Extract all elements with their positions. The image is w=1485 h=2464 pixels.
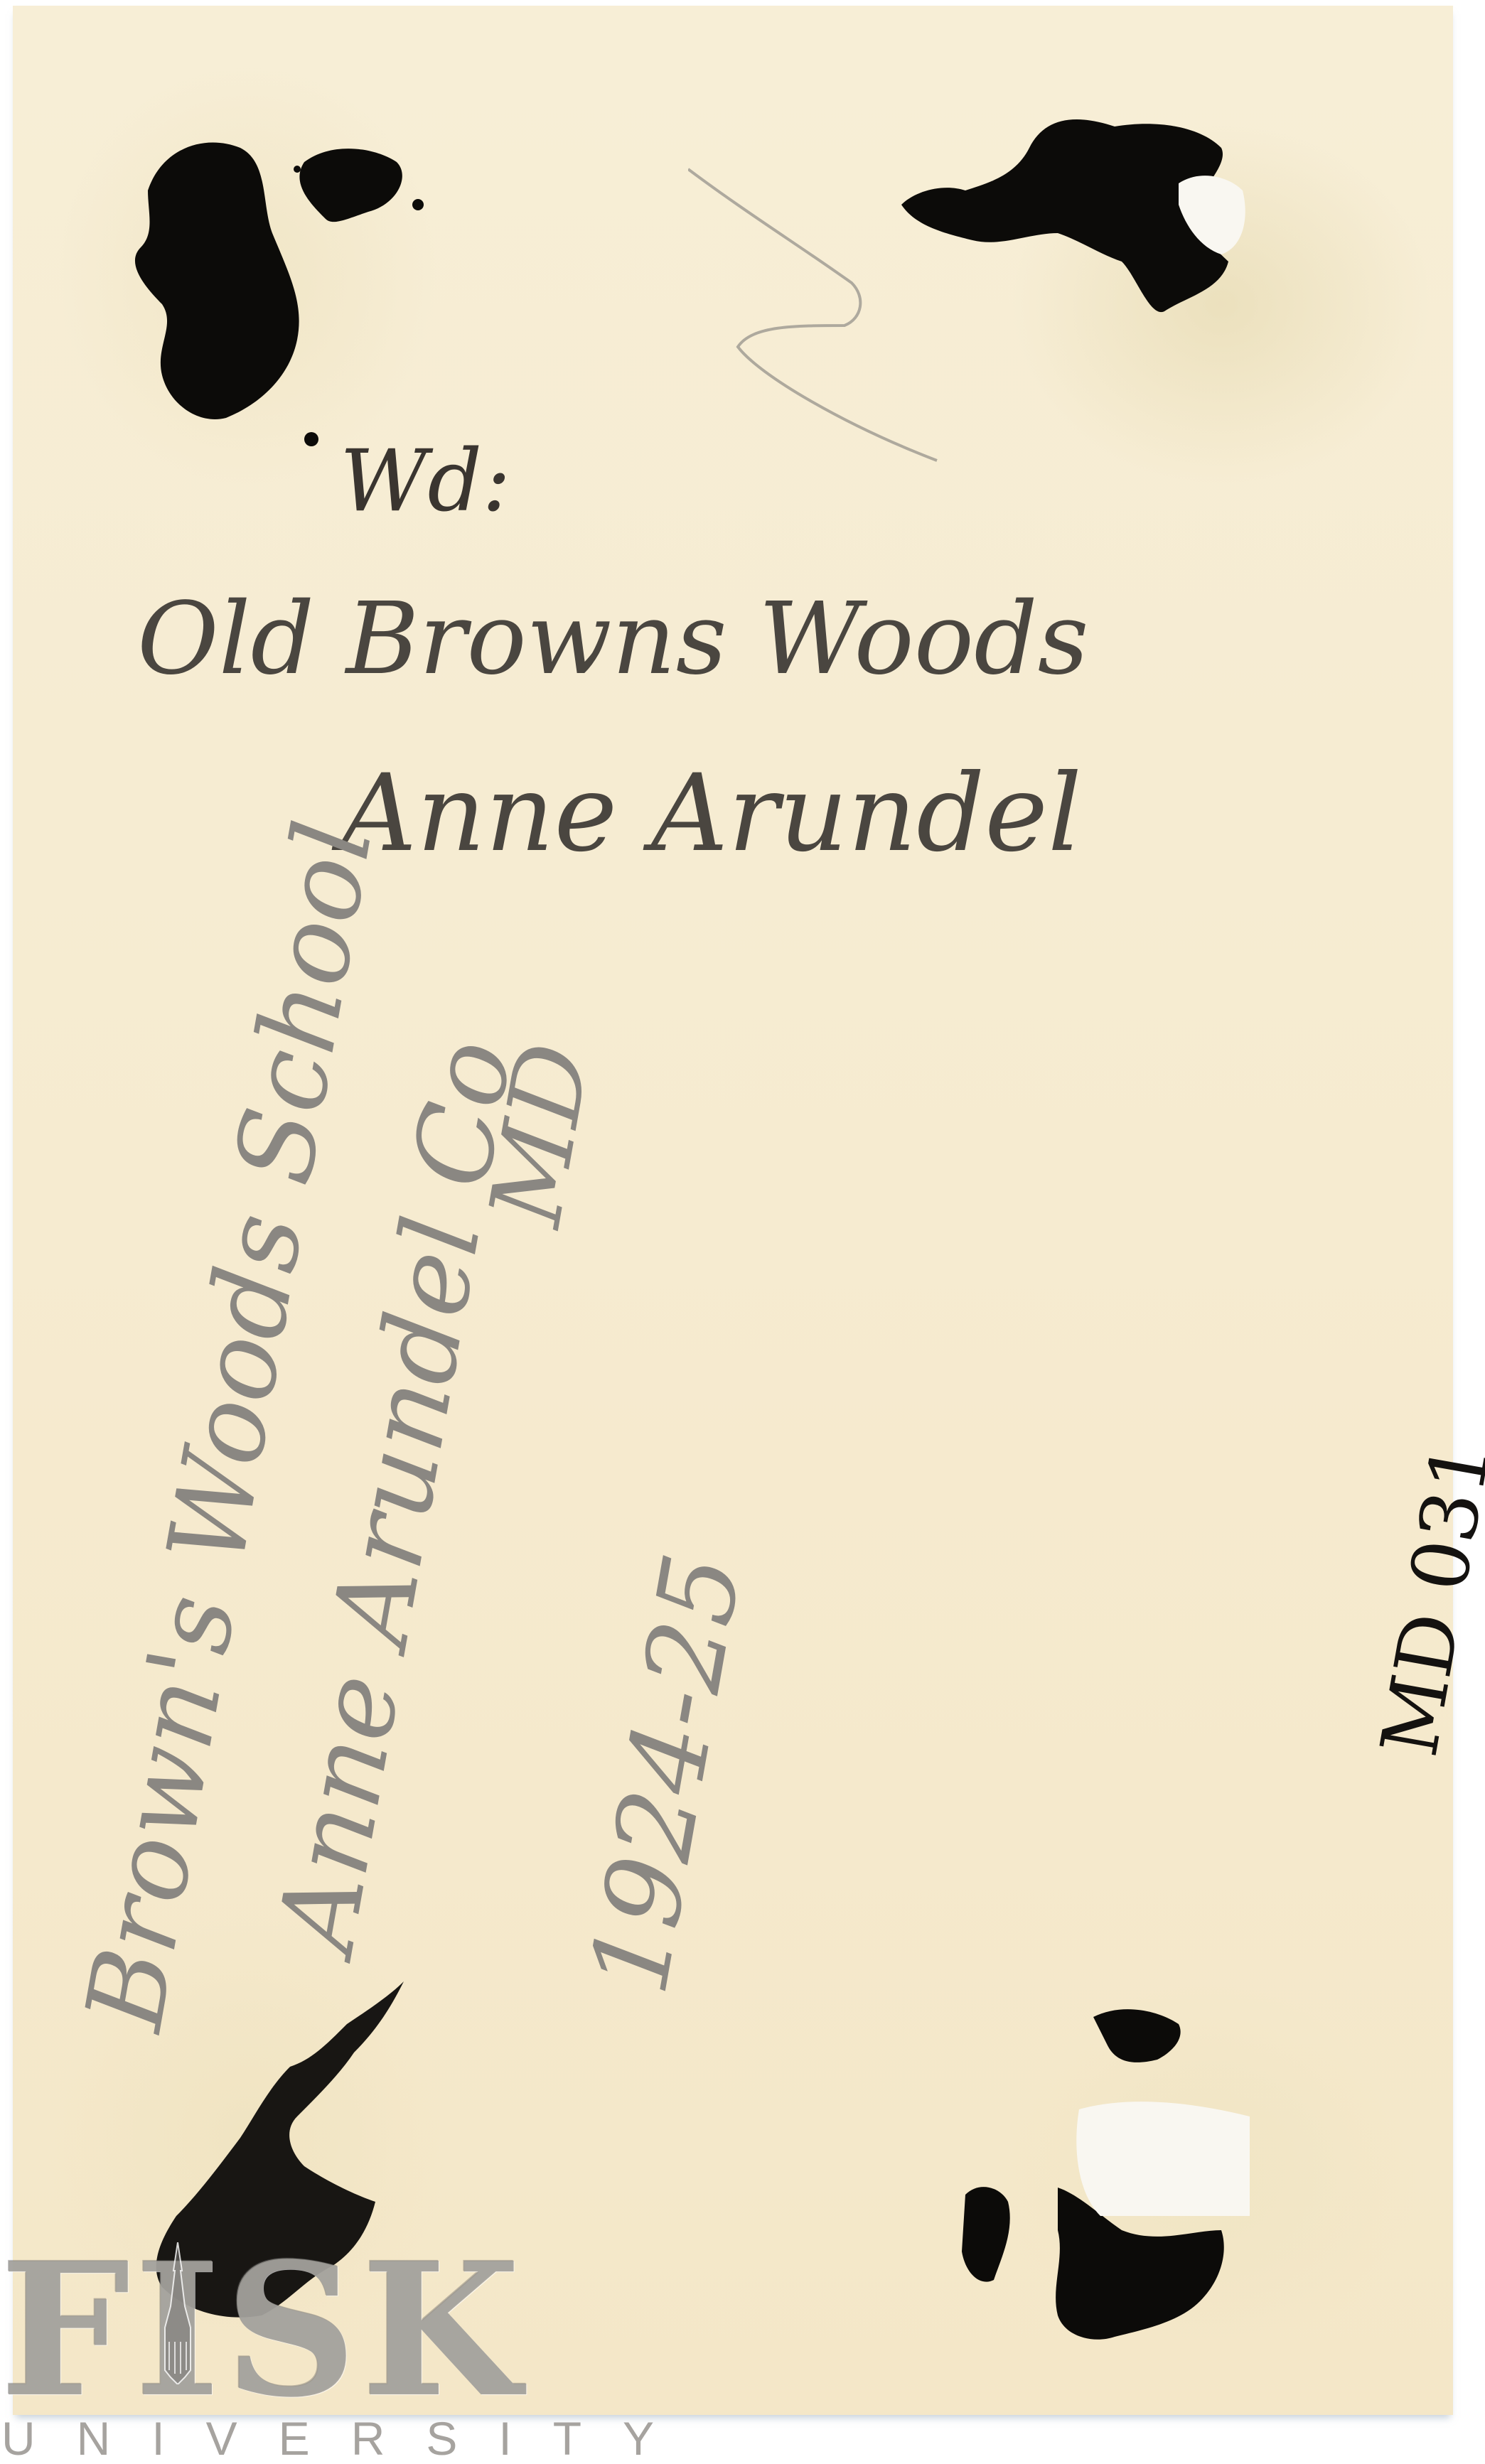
ink-inscription-line3: Anne Arundel [340, 752, 1082, 876]
ink-inscription-line2: Old Browns Woods [137, 581, 1089, 697]
pencil-scribble-icon [688, 119, 972, 475]
catalog-number: MD 031 [1363, 1435, 1485, 1763]
ink-inscription-line1: Wd: [340, 432, 511, 531]
adhesive-stain-bottom-right-icon [951, 1989, 1307, 2387]
chapel-spire-icon [156, 2242, 199, 2384]
adhesive-stain-top-left-icon [119, 105, 461, 461]
watermark-fisk: FISK [0, 2239, 525, 2422]
watermark-university: UNIVERSITY [1, 2415, 695, 2462]
postcard-reverse: Wd: Old Browns Woods Anne Arundel Brown'… [13, 6, 1453, 2415]
pencil-inscription-year: 1924-25 [567, 1545, 766, 2003]
